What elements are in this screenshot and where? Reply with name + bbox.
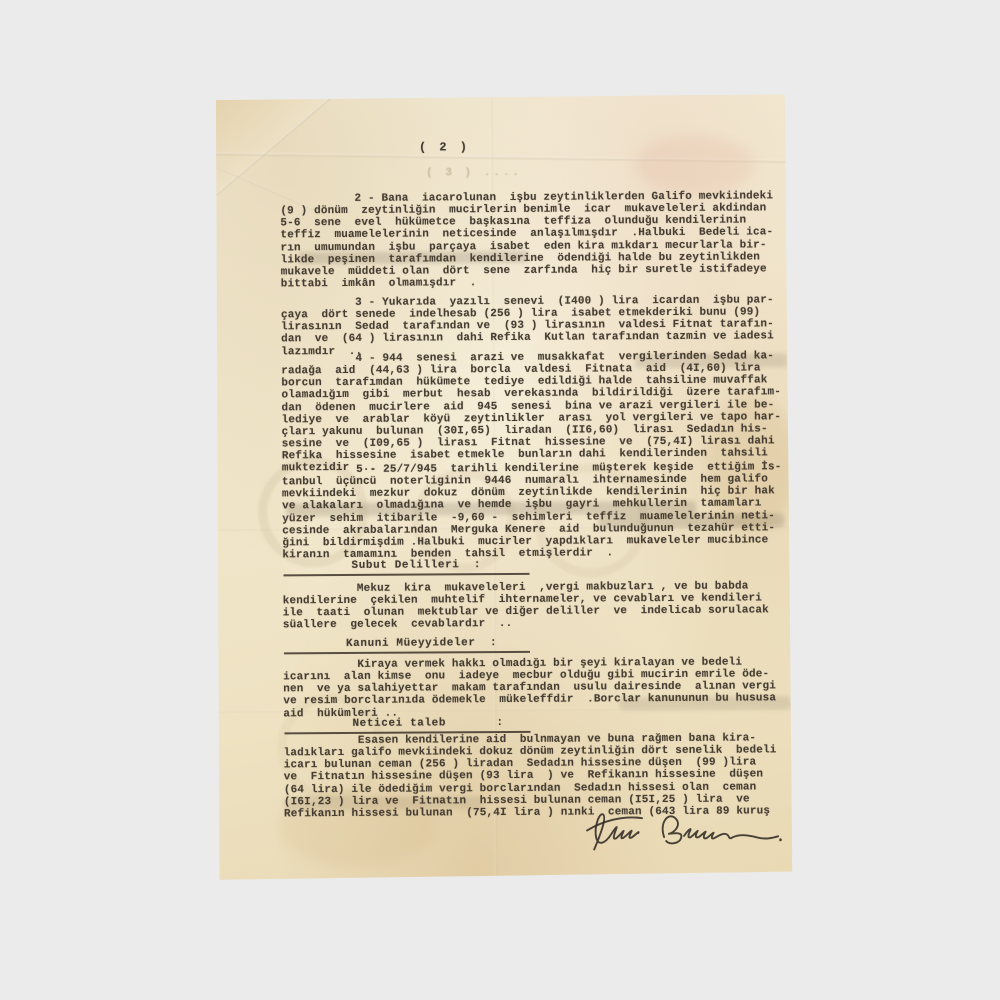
ghost-page-number: ( 3 ) .... xyxy=(426,167,522,180)
page-number: ( 2 ) xyxy=(419,140,470,154)
section-heading-neticei-taleb: Neticei taleb : xyxy=(284,717,530,735)
section-heading-kanuni-mueyyideler: Kanuni Müeyyideler : xyxy=(284,637,530,655)
heading-label: Neticei taleb : xyxy=(284,717,503,730)
heading-label: Kanuni Müeyyideler : xyxy=(284,637,497,650)
pink-stain xyxy=(634,134,754,195)
signature-strokes xyxy=(580,802,785,861)
paragraph-2: 2 - Bana iacarolunan işbu zeytinliklerde… xyxy=(280,190,781,290)
paragraph-3: 3 - Yukarıda yazılı senevi (I400 ) lira … xyxy=(281,294,781,358)
section-paragraph-kanuni: Kiraya vermek hakkı olmadığı bir şeyi ki… xyxy=(283,656,783,720)
paragraph-5: 5 - 25/7/945 tarihli kendilerine müştere… xyxy=(282,461,783,561)
scanned-document-photo: ( 2 ) ( 3 ) .... 2 - Bana iacarolunan iş… xyxy=(0,0,1000,1000)
paragraph-4: 4 - 944 senesi arazi ve musakkafat vergi… xyxy=(281,350,782,475)
signature xyxy=(580,802,785,861)
document-page: ( 2 ) ( 3 ) .... 2 - Bana iacarolunan iş… xyxy=(214,94,793,879)
heading-label: Subut Delilleri : xyxy=(283,559,481,572)
section-paragraph-subut: Mekuz kira mukaveleleri ,vergi makbuzlar… xyxy=(283,580,783,632)
section-heading-subut-delilleri: Subut Delilleri : xyxy=(283,559,529,577)
